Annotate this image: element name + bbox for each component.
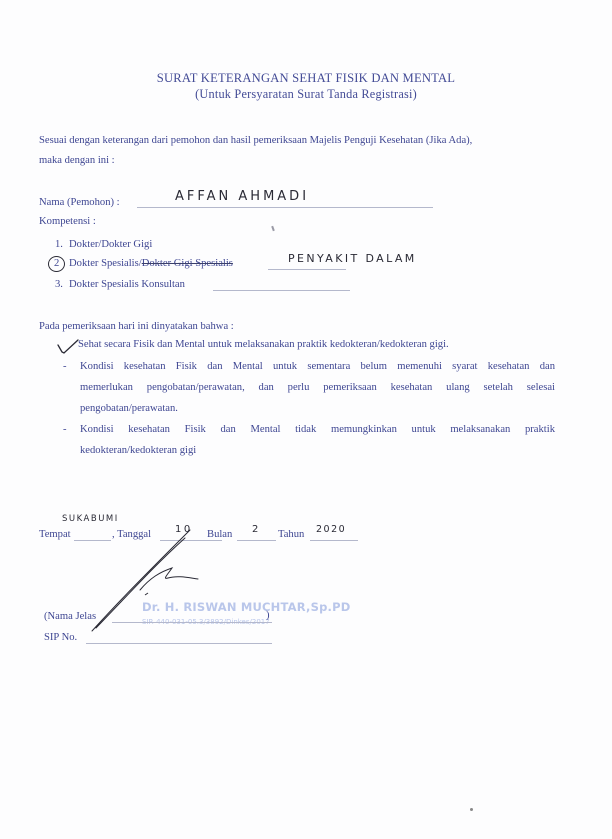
signature-icon (0, 0, 612, 839)
certificate-page: SURAT KETERANGAN SEHAT FISIK DAN MENTAL … (0, 0, 612, 839)
paper-speck (470, 808, 473, 811)
